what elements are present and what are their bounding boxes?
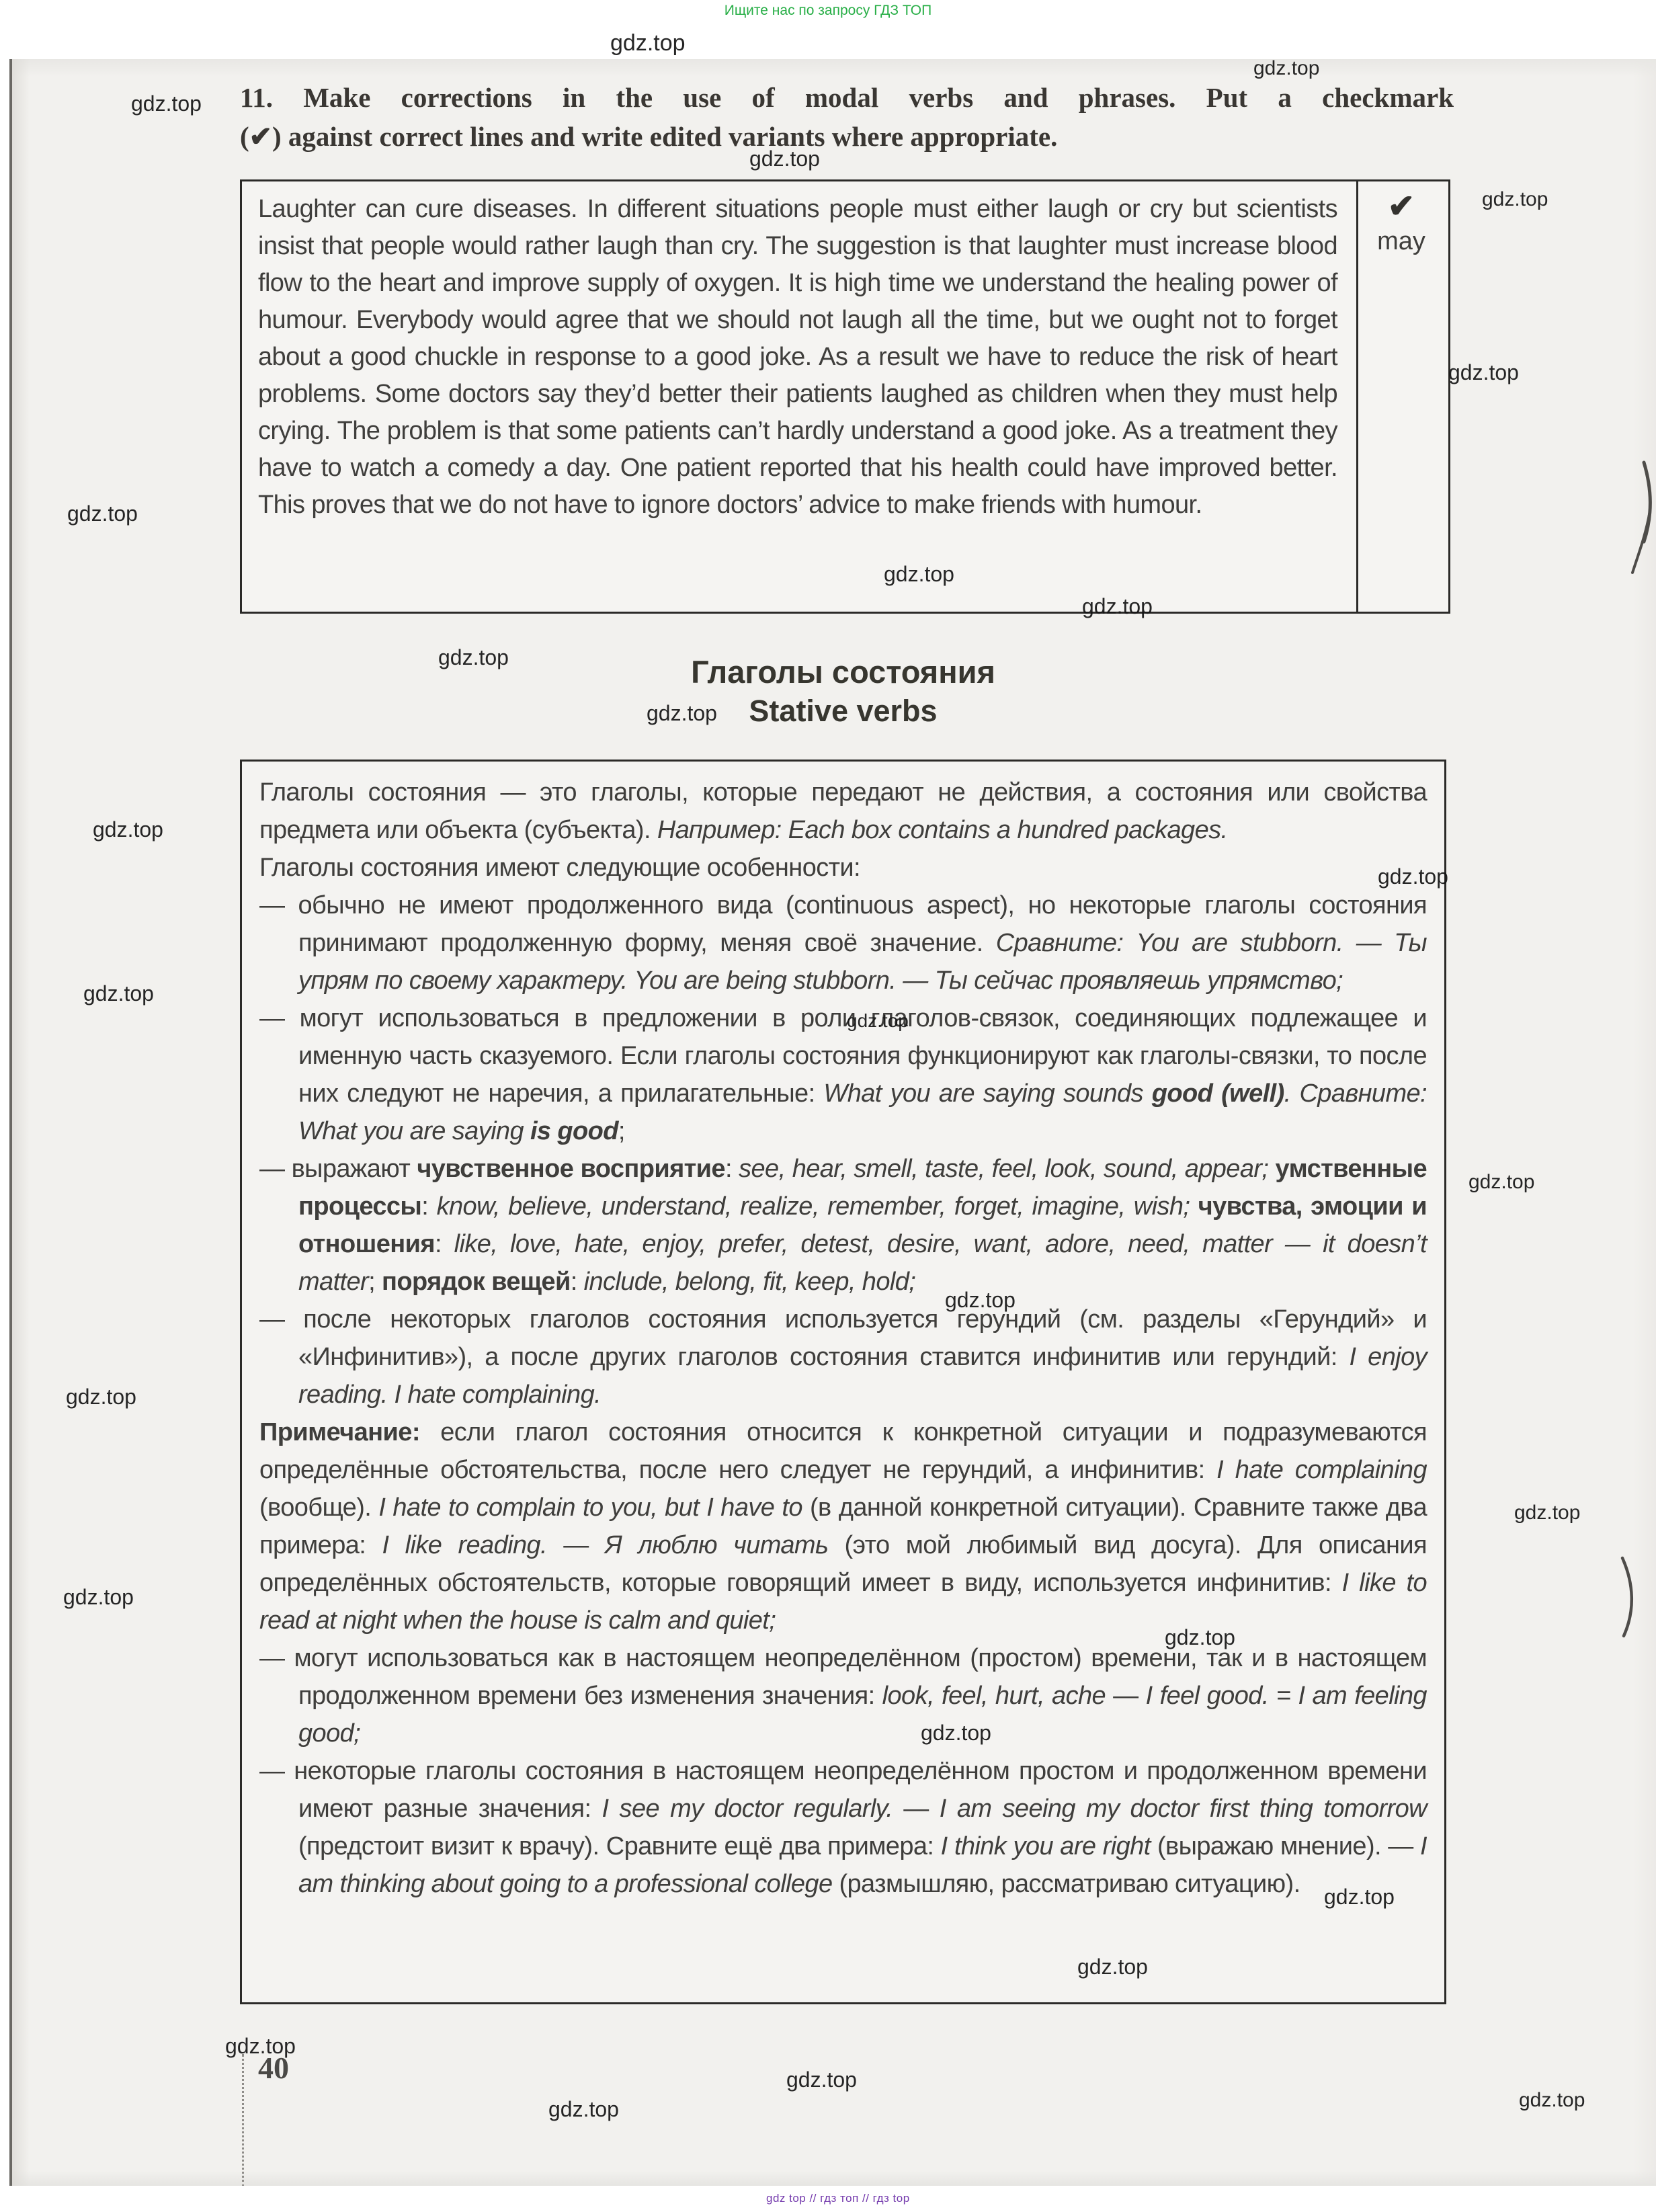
bullet-item: — некоторые глаголы состояния в настояще… <box>259 1752 1427 1903</box>
paragraph: Глаголы состояния — это глаголы, которые… <box>259 774 1427 849</box>
stative-verbs-box: Глаголы состояния — это глаголы, которые… <box>240 760 1446 2004</box>
section-title-en: Stative verbs <box>240 694 1446 729</box>
exercise-title-line1: 11. Make corrections in the use of modal… <box>240 78 1454 117</box>
paragraph: Глаголы состояния имеют следующие особен… <box>259 849 1427 887</box>
top-watermark: Ищите нас по запросу ГДЗ ТОП <box>724 3 931 19</box>
exercise-box: Laughter can cure diseases. In different… <box>240 179 1450 614</box>
section-title-ru: Глаголы состояния <box>240 653 1446 690</box>
page-scan: 11. Make corrections in the use of modal… <box>9 59 1656 2186</box>
scanned-page-canvas: Ищите нас по запросу ГДЗ ТОП 11. Make co… <box>0 0 1656 2212</box>
answer-word: may <box>1358 227 1444 256</box>
bottom-strip: gdz top // гдз топ // гдз top <box>0 2186 1656 2212</box>
exercise-title-line2: (✔) against correct lines and write edit… <box>240 117 1454 156</box>
page-number: 40 <box>258 2050 289 2086</box>
exercise-passage: Laughter can cure diseases. In different… <box>258 191 1337 524</box>
checkmark-icon: ✔ <box>1358 190 1444 224</box>
bullet-item: — выражают чувственное восприятие: see, … <box>259 1150 1427 1301</box>
bullet-item: — могут использоваться в предложении в р… <box>259 999 1427 1150</box>
bullet-item: — после некоторых глаголов состояния исп… <box>259 1301 1427 1414</box>
bullet-item: — могут использоваться как в настоящем н… <box>259 1639 1427 1752</box>
answer-column: ✔ may <box>1356 181 1444 612</box>
page-number-divider <box>242 2054 244 2187</box>
paragraph: Примечание: если глагол состояния относи… <box>259 1414 1427 1639</box>
bottom-watermark: gdz top // гдз топ // гдз top <box>766 2192 910 2205</box>
page-left-edge <box>9 59 12 2186</box>
exercise-heading: 11. Make corrections in the use of modal… <box>240 78 1454 156</box>
top-strip: Ищите нас по запросу ГДЗ ТОП <box>0 0 1656 59</box>
bullet-item: — обычно не имеют продолженного вида (co… <box>259 887 1427 999</box>
